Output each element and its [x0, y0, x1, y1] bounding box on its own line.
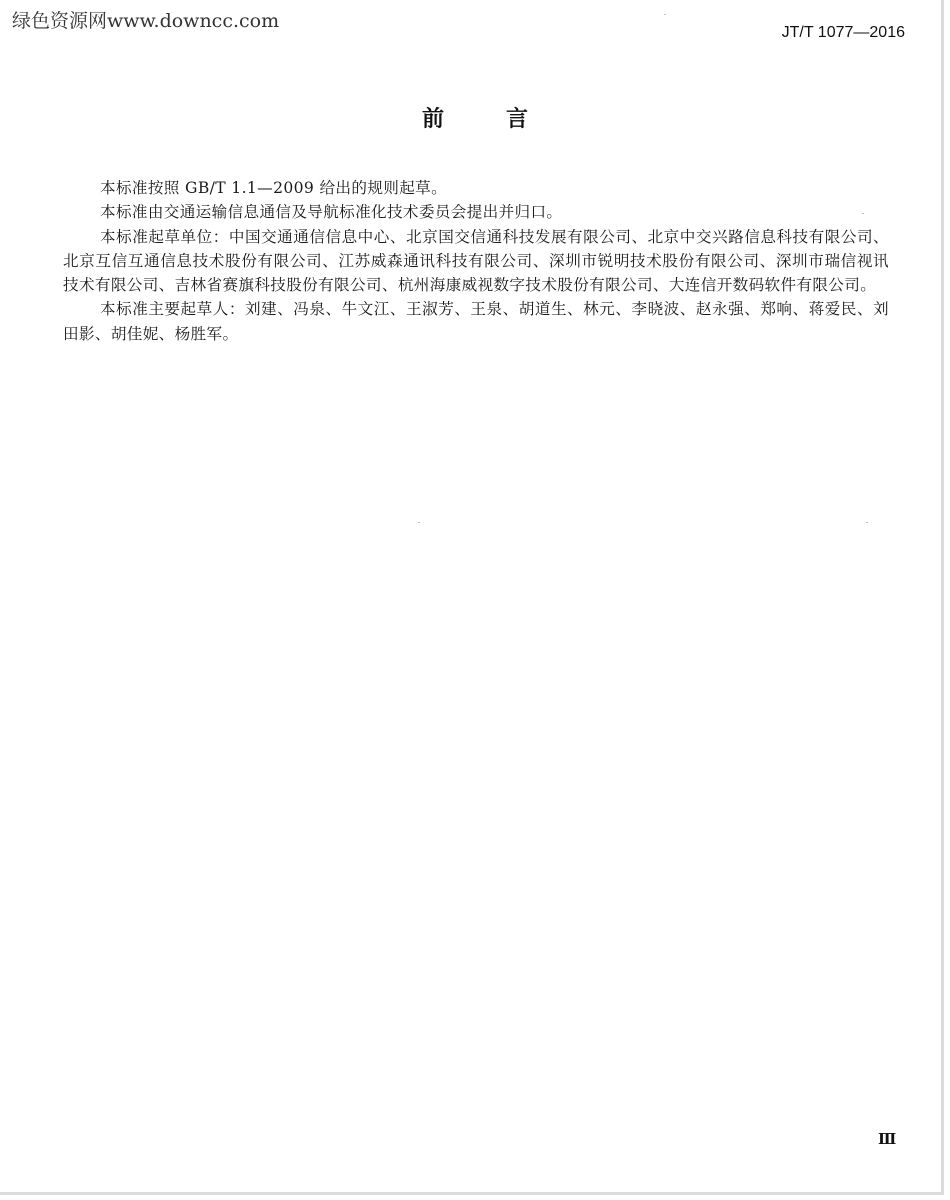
page-number: Ⅲ — [878, 1130, 896, 1148]
paragraph-drafting-units: 本标准起草单位：中国交通通信信息中心、北京国交信通科技发展有限公司、北京中交兴路… — [63, 225, 889, 298]
scan-speck — [664, 14, 666, 15]
foreword-body: 本标准按照 GB/T 1.1—2009 给出的规则起草。 本标准由交通运输信息通… — [63, 176, 889, 346]
page-title-part1: 前 — [422, 102, 444, 133]
scan-speck — [418, 522, 420, 523]
paragraph-drafting-rules: 本标准按照 GB/T 1.1—2009 给出的规则起草。 — [63, 176, 889, 200]
page-title: 前言 — [0, 102, 950, 133]
watermark-text: 绿色资源网www.downcc.com — [12, 6, 279, 33]
standard-code: JT/T 1077—2016 — [782, 24, 905, 42]
page-title-part2: 言 — [506, 102, 528, 133]
paragraph-proposer: 本标准由交通运输信息通信及导航标准化技术委员会提出并归口。 — [63, 200, 889, 224]
scan-speck — [862, 213, 864, 214]
paragraph-drafters: 本标准主要起草人：刘建、冯泉、牛文江、王淑芳、王泉、胡道生、林元、李晓波、赵永强… — [63, 297, 889, 346]
scan-speck — [866, 522, 868, 523]
